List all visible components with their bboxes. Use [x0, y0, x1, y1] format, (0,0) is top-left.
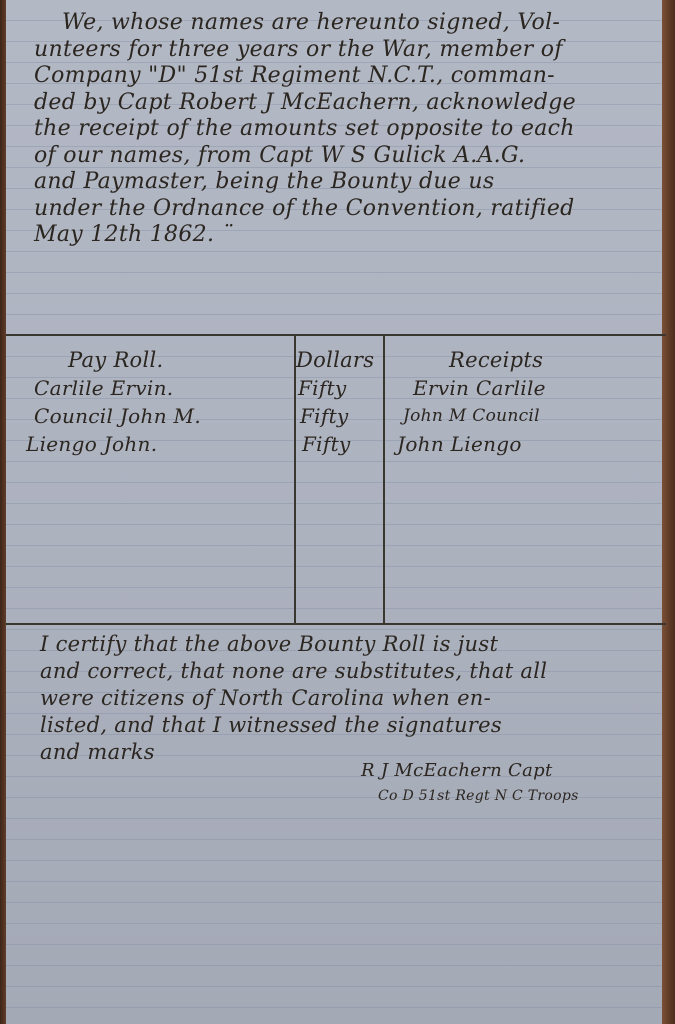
wood-background-right — [662, 0, 675, 1024]
certification-line: were citizens of North Carolina when en- — [40, 685, 660, 712]
preamble-line: ded by Capt Robert J McEachern, acknowle… — [34, 90, 654, 117]
certification-paragraph: I certify that the above Bounty Roll is … — [40, 631, 660, 766]
certification-line: I certify that the above Bounty Roll is … — [40, 631, 660, 658]
preamble-line: We, whose names are hereunto signed, Vol… — [34, 10, 654, 37]
receipts-column: Receipts Ervin Carlile John M Council Jo… — [391, 346, 661, 458]
preamble-line: of our names, from Capt W S Gulick A.A.G… — [34, 143, 654, 170]
pay-roll-header: Pay Roll. — [26, 346, 291, 374]
captain-signature: R J McEachern Capt — [361, 760, 553, 781]
dollars-amount: Fifty — [296, 430, 382, 458]
pay-roll-name: Carlile Ervin. — [26, 374, 291, 402]
preamble-line: May 12th 1862. ¨ — [34, 222, 654, 249]
dollars-amount: Fifty — [296, 402, 382, 430]
preamble-line: unteers for three years or the War, memb… — [34, 37, 654, 64]
receipt-signature: Ervin Carlile — [391, 374, 661, 402]
certification-line: listed, and that I witnessed the signatu… — [40, 712, 660, 739]
dollars-column: Dollars Fifty Fifty Fifty — [296, 346, 382, 458]
pay-roll-name: Liengo John. — [26, 430, 291, 458]
preamble-line: and Paymaster, being the Bounty due us — [34, 169, 654, 196]
certification-line: and marks — [40, 739, 660, 766]
column-divider-2 — [383, 336, 385, 624]
receipt-signature: John Liengo — [391, 430, 661, 458]
preamble-line: the receipt of the amounts set opposite … — [34, 116, 654, 143]
pay-roll-name: Council John M. — [26, 402, 291, 430]
certification-line: and correct, that none are substitutes, … — [40, 658, 660, 685]
preamble-line: Company "D" 51st Regiment N.C.T., comman… — [34, 63, 654, 90]
signature-unit: Co D 51st Regt N C Troops — [378, 788, 579, 804]
table-bottom-rule — [6, 623, 666, 625]
table-top-rule — [6, 334, 666, 336]
dollars-header: Dollars — [296, 346, 382, 374]
document-page: We, whose names are hereunto signed, Vol… — [6, 0, 662, 1024]
pay-roll-column: Pay Roll. Carlile Ervin. Council John M.… — [26, 346, 291, 458]
dollars-amount: Fifty — [296, 374, 382, 402]
receipt-signature: John M Council — [391, 402, 661, 430]
preamble-line: under the Ordnance of the Convention, ra… — [34, 196, 654, 223]
receipts-header: Receipts — [391, 346, 661, 374]
preamble-paragraph: We, whose names are hereunto signed, Vol… — [34, 10, 654, 249]
